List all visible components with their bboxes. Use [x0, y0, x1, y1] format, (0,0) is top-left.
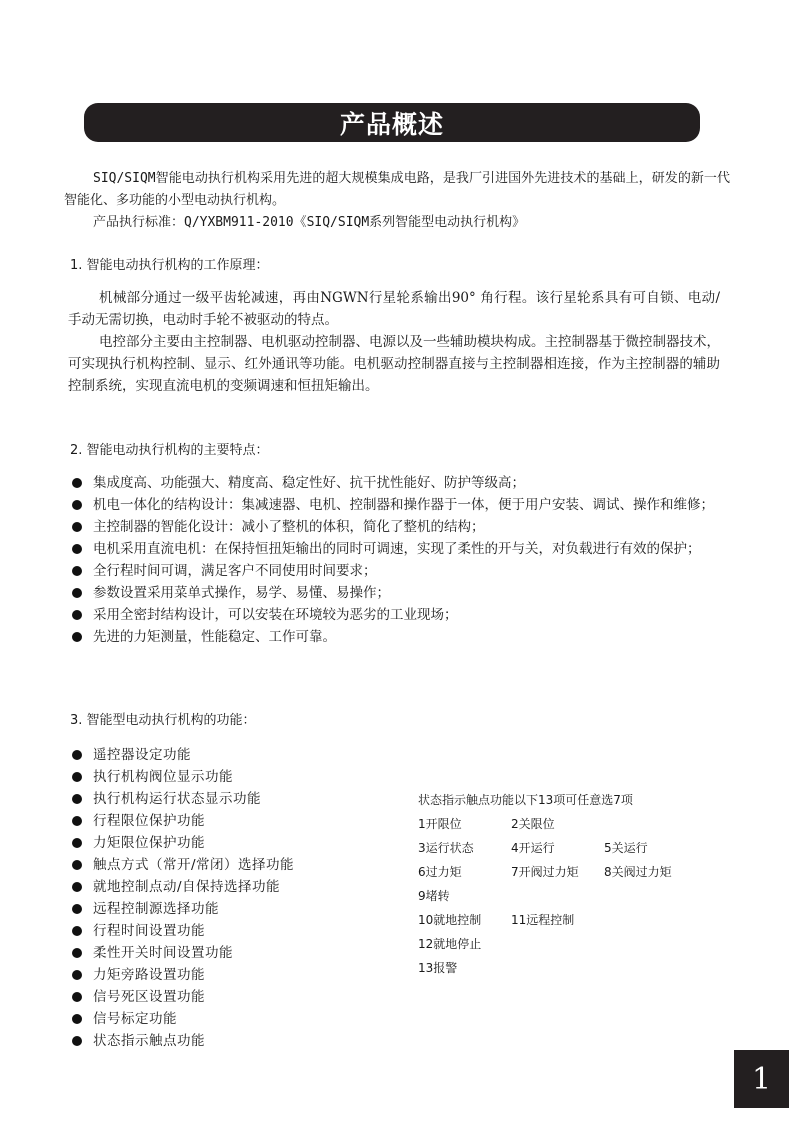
status-contacts-heading: 状态指示触点功能以下13项可任意选7项: [418, 788, 708, 812]
bullet-icon: [72, 860, 82, 870]
section-3-heading: 3. 智能型电动执行机构的功能：: [70, 711, 256, 731]
contacts-row: 6过力矩 7开阀过力矩 8关阀过力矩: [418, 860, 708, 884]
contact-option: 5关运行: [604, 836, 697, 860]
function-item: 力矩旁路设置功能: [70, 964, 294, 986]
bullet-icon: [72, 500, 82, 510]
feature-item: 全行程时间可调，满足客户不同使用时间要求；: [70, 560, 720, 582]
bullet-icon: [72, 772, 82, 782]
bullet-icon: [72, 816, 82, 826]
bullet-icon: [72, 904, 82, 914]
contact-option: 4开运行: [511, 836, 604, 860]
feature-item: 机电一体化的结构设计：集减速器、电机、控制器和操作器于一体，便于用户安装、调试、…: [70, 494, 720, 516]
contact-option: 3运行状态: [418, 836, 511, 860]
bullet-icon: [72, 794, 82, 804]
contacts-row: 10就地控制 11远程控制: [418, 908, 708, 932]
bullet-icon: [72, 566, 82, 576]
bullet-icon: [72, 970, 82, 980]
status-contacts-panel: 状态指示触点功能以下13项可任意选7项 1开限位 2关限位 3运行状态 4开运行…: [418, 788, 708, 980]
function-item: 遥控器设定功能: [70, 744, 294, 766]
electrical-paragraph: 电控部分主要由主控制器、电机驱动控制器、电源以及一些辅助模块构成。主控制器基于微…: [68, 331, 720, 397]
feature-item: 先进的力矩测量，性能稳定、工作可靠。: [70, 626, 720, 648]
contacts-row: 3运行状态 4开运行 5关运行: [418, 836, 708, 860]
intro-block: SIQ/SIQM智能电动执行机构采用先进的超大规模集成电路，是我厂引进国外先进技…: [64, 168, 730, 234]
feature-item: 主控制器的智能化设计：减小了整机的体积，简化了整机的结构；: [70, 516, 720, 538]
bullet-icon: [72, 544, 82, 554]
contact-option: 2关限位: [511, 812, 604, 836]
contact-option: 1开限位: [418, 812, 511, 836]
contacts-row: 13报警: [418, 956, 708, 980]
contact-option: 6过力矩: [418, 860, 511, 884]
features-list: 集成度高、功能强大、精度高、稳定性好、抗干扰性能好、防护等级高； 机电一体化的结…: [70, 472, 720, 648]
feature-item: 参数设置采用菜单式操作，易学、易懂、易操作；: [70, 582, 720, 604]
contact-option: 10就地控制: [418, 908, 511, 932]
function-item: 远程控制源选择功能: [70, 898, 294, 920]
contacts-row: 9堵转: [418, 884, 708, 908]
function-item: 行程限位保护功能: [70, 810, 294, 832]
bullet-icon: [72, 1014, 82, 1024]
feature-item: 集成度高、功能强大、精度高、稳定性好、抗干扰性能好、防护等级高；: [70, 472, 720, 494]
function-item: 力矩限位保护功能: [70, 832, 294, 854]
contact-option: 12就地停止: [418, 932, 511, 956]
contact-option: 8关阀过力矩: [604, 860, 697, 884]
bullet-icon: [72, 948, 82, 958]
bullet-icon: [72, 838, 82, 848]
contact-option: 13报警: [418, 956, 511, 980]
section-1-heading: 1. 智能电动执行机构的工作原理：: [70, 256, 269, 276]
page-number: 1: [734, 1050, 789, 1108]
product-standard: 产品执行标准：Q/YXBM911-2010《SIQ/SIQM系列智能型电动执行机…: [64, 212, 730, 234]
function-item: 状态指示触点功能: [70, 1030, 294, 1052]
function-item: 信号标定功能: [70, 1008, 294, 1030]
section-title-bar: 产品概述: [84, 103, 700, 142]
bullet-icon: [72, 588, 82, 598]
function-item: 执行机构运行状态显示功能: [70, 788, 294, 810]
functions-list: 遥控器设定功能 执行机构阀位显示功能 执行机构运行状态显示功能 行程限位保护功能…: [70, 744, 294, 1052]
bullet-icon: [72, 478, 82, 488]
intro-paragraph: SIQ/SIQM智能电动执行机构采用先进的超大规模集成电路，是我厂引进国外先进技…: [64, 168, 730, 212]
function-item: 执行机构阀位显示功能: [70, 766, 294, 788]
contacts-row: 12就地停止: [418, 932, 708, 956]
contact-option: 11远程控制: [511, 908, 604, 932]
bullet-icon: [72, 926, 82, 936]
bullet-icon: [72, 632, 82, 642]
function-item: 信号死区设置功能: [70, 986, 294, 1008]
function-item: 行程时间设置功能: [70, 920, 294, 942]
feature-item: 电机采用直流电机：在保持恒扭矩输出的同时可调速，实现了柔性的开与关，对负载进行有…: [70, 538, 720, 560]
bullet-icon: [72, 1036, 82, 1046]
bullet-icon: [72, 522, 82, 532]
function-item: 柔性开关时间设置功能: [70, 942, 294, 964]
contact-option: 9堵转: [418, 884, 511, 908]
section-1-body: 机械部分通过一级平齿轮减速，再由NGWN行星轮系输出90° 角行程。该行星轮系具…: [68, 287, 720, 397]
bullet-icon: [72, 882, 82, 892]
function-item: 触点方式（常开/常闭）选择功能: [70, 854, 294, 876]
mechanical-paragraph: 机械部分通过一级平齿轮减速，再由NGWN行星轮系输出90° 角行程。该行星轮系具…: [68, 287, 720, 331]
page-title: 产品概述: [340, 105, 444, 141]
function-item: 就地控制点动/自保持选择功能: [70, 876, 294, 898]
bullet-icon: [72, 750, 82, 760]
bullet-icon: [72, 610, 82, 620]
contact-option: 7开阀过力矩: [511, 860, 604, 884]
contacts-row: 1开限位 2关限位: [418, 812, 708, 836]
bullet-icon: [72, 992, 82, 1002]
feature-item: 采用全密封结构设计，可以安装在环境较为恶劣的工业现场；: [70, 604, 720, 626]
section-2-heading: 2. 智能电动执行机构的主要特点：: [70, 441, 269, 461]
